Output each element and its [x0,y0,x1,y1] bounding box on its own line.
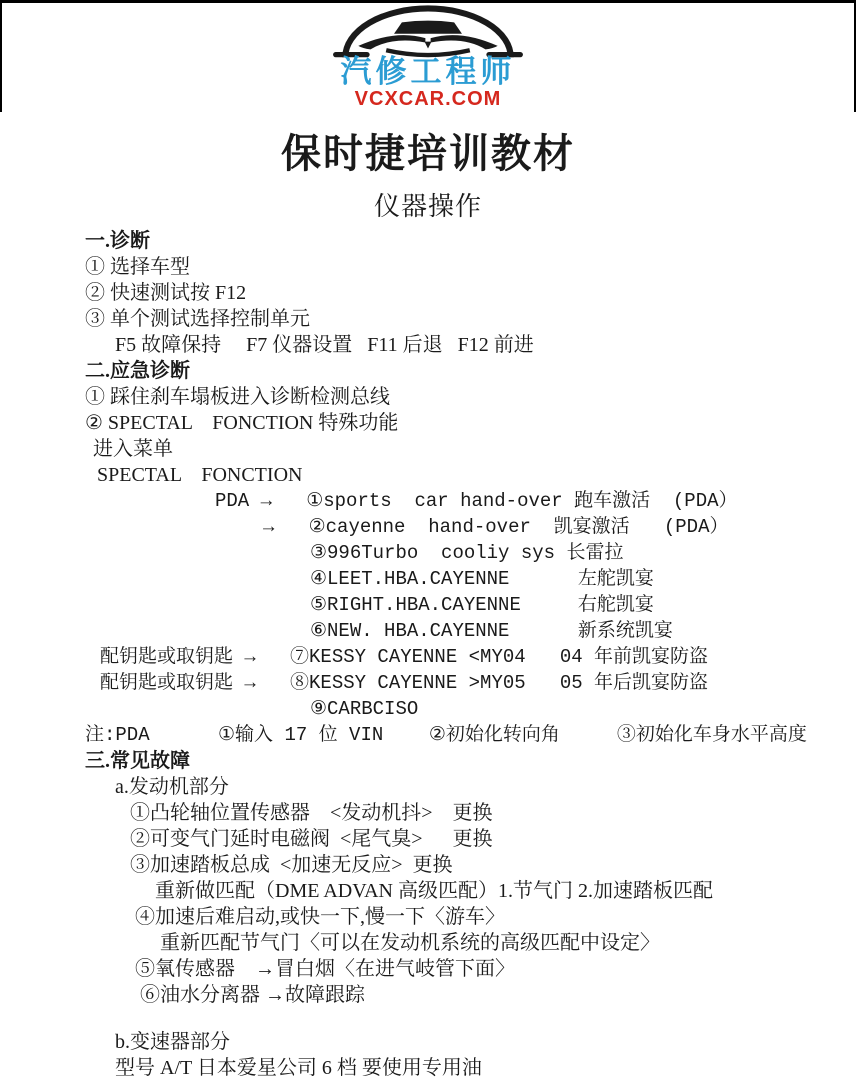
page-border-top [0,0,856,3]
text-line: ⑤氧传感器 →冒白烟〈在进气岐管下面〉 [85,956,846,982]
text-line: PDA → ①sports car hand-over 跑车激活 (PDA） [85,488,846,514]
text-line: SPECTAL FONCTION [85,462,846,488]
text-line: ③996Turbo cooliy sys 长雷拉 [85,540,846,566]
text-line: ② 快速测试按 F12 [85,280,846,306]
section-heading: 三.常见故障 [85,748,846,774]
text-line: 重新做匹配（DME ADVAN 高级匹配）1.节气门 2.加速踏板匹配 [85,878,846,904]
text-line: ① 踩住刹车塌板进入诊断检测总线 [85,384,846,410]
text-line: 配钥匙或取钥匙 → ⑧KESSY CAYENNE >MY05 05 年后凯宴防盗 [85,670,846,696]
car-front-icon [0,5,856,59]
document-page: 汽修工程师 VCXCAR.COM 保时捷培训教材 仪器操作 一.诊断 ① 选择车… [0,0,856,1080]
text-line: 进入菜单 [85,436,846,462]
text-line: b.变速器部分 [85,1029,846,1055]
logo-brand-text: 汽修工程师 [0,56,856,87]
text-line: ② SPECTAL FONCTION 特殊功能 [85,410,846,436]
section-heading: 一.诊断 [85,228,846,254]
text-line: ②可变气门延时电磁阀 <尾气臭> 更换 [85,826,846,852]
text-line: 型号 A/T 日本爱星公司 6 档 要使用专用油 [85,1055,846,1080]
text-line: ④LEET.HBA.CAYENNE 左舵凯宴 [85,566,846,592]
text-line: ⑨CARBCISO [85,696,846,722]
spacer [85,1008,846,1029]
text-line: ⑥NEW. HBA.CAYENNE 新系统凯宴 [85,618,846,644]
text-line: ⑤RIGHT.HBA.CAYENNE 右舵凯宴 [85,592,846,618]
page-subtitle: 仪器操作 [0,186,856,223]
document-body: 一.诊断 ① 选择车型 ② 快速测试按 F12 ③ 单个测试选择控制单元 F5 … [85,228,846,1080]
text-line: 重新匹配节气门〈可以在发动机系统的高级匹配中设定〉 [85,930,846,956]
text-line: F5 故障保持 F7 仪器设置 F11 后退 F12 前进 [85,332,846,358]
text-line: a.发动机部分 [85,774,846,800]
logo-url-text: VCXCAR.COM [0,88,856,110]
logo: 汽修工程师 VCXCAR.COM [0,5,856,110]
text-line: ⑥油水分离器 →故障跟踪 [85,982,846,1008]
text-line: → ②cayenne hand-over 凯宴激活 (PDA） [85,514,846,540]
text-line: 配钥匙或取钥匙 → ⑦KESSY CAYENNE <MY04 04 年前凯宴防盗 [85,644,846,670]
section-heading: 二.应急诊断 [85,358,846,384]
text-line: 注:PDA ①输入 17 位 VIN ②初始化转向角 ③初始化车身水平高度 [85,722,846,748]
text-line: ①凸轮轴位置传感器 <发动机抖> 更换 [85,800,846,826]
text-line: ③加速踏板总成 <加速无反应> 更换 [85,852,846,878]
page-title: 保时捷培训教材 [0,122,856,179]
text-line: ① 选择车型 [85,254,846,280]
text-line: ③ 单个测试选择控制单元 [85,306,846,332]
text-line: ④加速后难启动,或快一下,慢一下〈游车〉 [85,904,846,930]
